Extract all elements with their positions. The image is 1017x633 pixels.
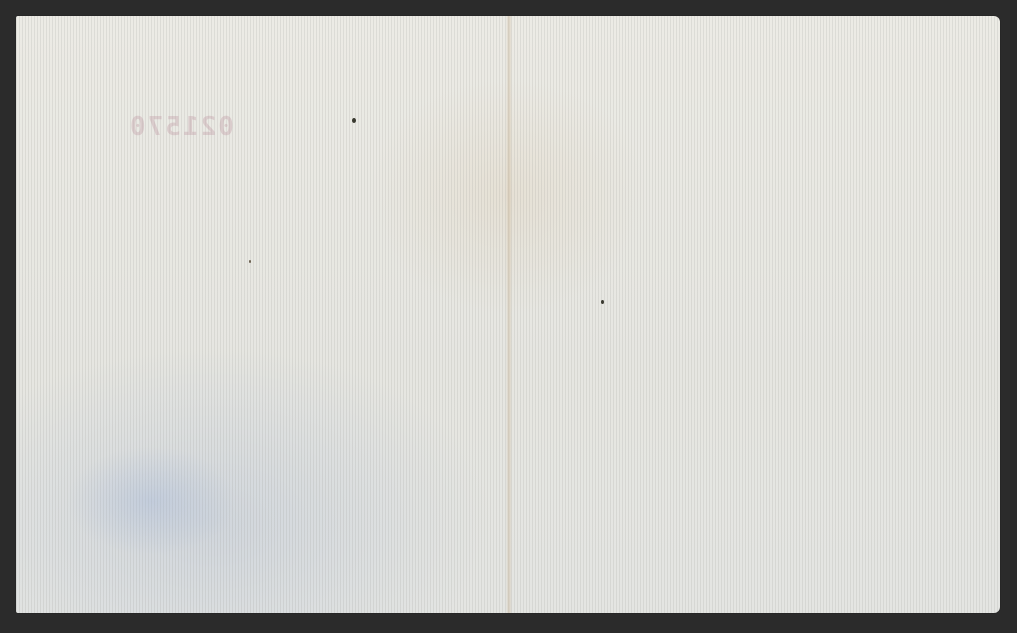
banknote-reverse: 021570 [16, 16, 1000, 613]
serial-number-showthrough: 021570 [128, 112, 234, 142]
blue-stain [66, 446, 236, 556]
ink-spot [352, 118, 356, 123]
ink-spot [601, 300, 604, 304]
ink-spot [249, 260, 251, 263]
center-fold [506, 16, 512, 613]
